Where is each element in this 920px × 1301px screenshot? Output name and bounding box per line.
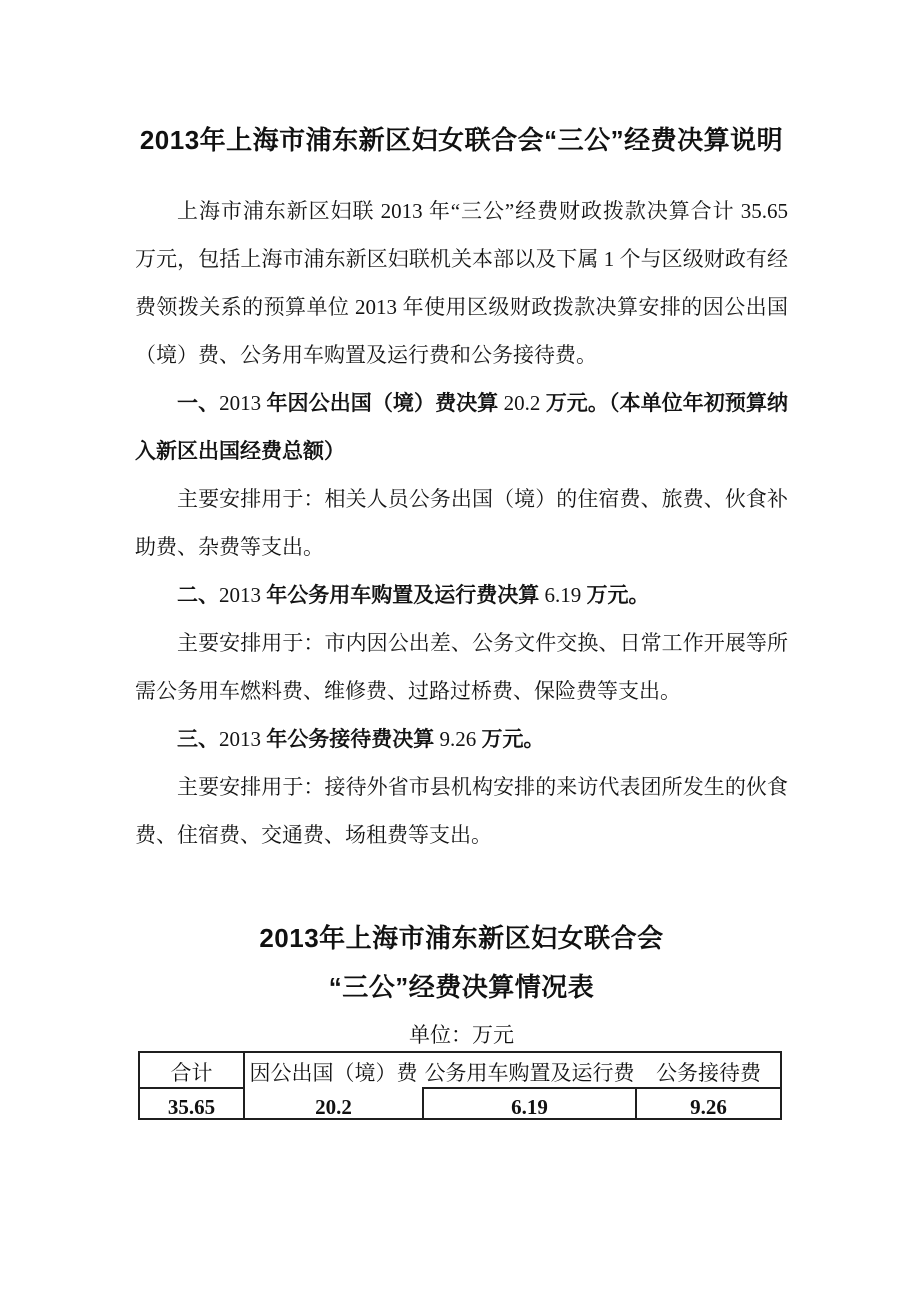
- heading-segment: 万元。: [581, 583, 649, 607]
- heading-number: 2013: [219, 391, 261, 415]
- table-value-vehicle: 6.19: [424, 1097, 635, 1118]
- heading-segment: 年因公出国（境）费决算: [261, 391, 503, 415]
- table-header-reception: 公务接待费: [637, 1061, 780, 1085]
- section-heading-2: 二、2013 年公务用车购置及运行费决算 6.19 万元。: [135, 571, 788, 619]
- table-gridline-vertical-2: [422, 1087, 424, 1118]
- heading-segment: 一、: [177, 391, 219, 415]
- table-header-vehicle: 公务用车购置及运行费: [424, 1061, 635, 1085]
- heading-number: 20.2: [504, 391, 541, 415]
- heading-number: 6.19: [545, 583, 582, 607]
- table-gridline-vertical-1: [243, 1053, 245, 1118]
- table-gridline-horizontal-left: [140, 1087, 243, 1089]
- table-value-reception: 9.26: [637, 1097, 780, 1118]
- table-gridline-vertical-3: [635, 1087, 637, 1118]
- document-title: 2013年上海市浦东新区妇女联合会“三公”经费决算说明: [135, 0, 788, 154]
- summary-title-line2: “三公”经费决算情况表: [135, 971, 788, 1003]
- heading-segment: 二、: [177, 583, 219, 607]
- document-page: 2013年上海市浦东新区妇女联合会“三公”经费决算说明 上海市浦东新区妇联 20…: [0, 0, 920, 1301]
- table-header-total: 合计: [140, 1061, 243, 1085]
- heading-segment: 年公务用车购置及运行费决算: [261, 583, 545, 607]
- heading-number: 2013: [219, 727, 261, 751]
- table-value-total: 35.65: [140, 1097, 243, 1118]
- paragraph-usage-1: 主要安排用于：相关人员公务出国（境）的住宿费、旅费、伙食补助费、杂费等支出。: [135, 475, 788, 571]
- table-header-abroad: 因公出国（境）费: [245, 1061, 422, 1085]
- heading-number: 2013: [219, 583, 261, 607]
- heading-segment: 万元。: [476, 727, 544, 751]
- paragraph-intro: 上海市浦东新区妇联 2013 年“三公”经费财政拨款决算合计 35.65 万元，…: [135, 187, 788, 379]
- summary-title-line1: 2013年上海市浦东新区妇女联合会: [135, 922, 788, 954]
- paragraph-usage-2: 主要安排用于：市内因公出差、公务文件交换、日常工作开展等所需公务用车燃料费、维修…: [135, 619, 788, 715]
- table-value-abroad: 20.2: [245, 1097, 422, 1118]
- section-heading-1: 一、2013 年因公出国（境）费决算 20.2 万元。（本单位年初预算纳入新区出…: [135, 379, 788, 475]
- heading-segment: 三、: [177, 727, 219, 751]
- paragraph-usage-3: 主要安排用于：接待外省市县机构安排的来访代表团所发生的伙食费、住宿费、交通费、场…: [135, 763, 788, 859]
- unit-label: 单位：万元: [135, 1022, 788, 1048]
- heading-number: 9.26: [440, 727, 477, 751]
- table-gridline-horizontal-right: [422, 1087, 780, 1089]
- expense-summary-table: 合计 因公出国（境）费 公务用车购置及运行费 公务接待费 35.65 20.2 …: [138, 1051, 782, 1120]
- heading-segment: 年公务接待费决算: [261, 727, 440, 751]
- document-body: 2013年上海市浦东新区妇女联合会“三公”经费决算说明 上海市浦东新区妇联 20…: [135, 0, 788, 859]
- section-heading-3: 三、2013 年公务接待费决算 9.26 万元。: [135, 715, 788, 763]
